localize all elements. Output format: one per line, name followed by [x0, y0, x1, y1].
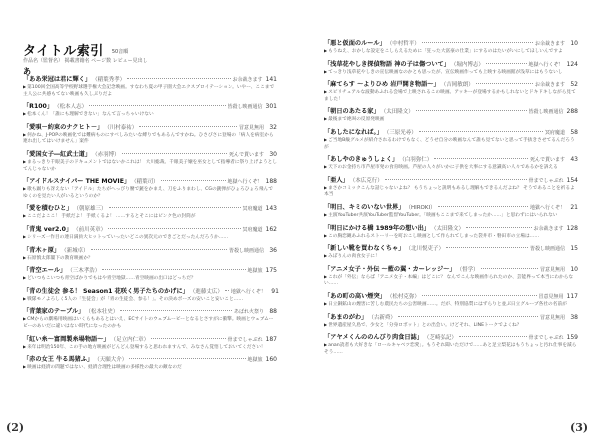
leader-dots — [139, 126, 237, 127]
review-headline: これが「外伝」ならば「アニメ女子・本編」はどこに？ なんでこんな映画作られたのか… — [324, 274, 578, 288]
leader-dots — [385, 179, 527, 180]
book-name: 冒意見無用 — [239, 124, 264, 132]
leader-dots — [225, 290, 229, 291]
director-name: （太田隆文） — [381, 108, 414, 116]
review-headline: 戦隊モノよろしく5人の「生徒会」が「青の生徒会、参る！」。その決めポーズの安いこ… — [23, 296, 277, 304]
page-ref: 43 — [568, 156, 578, 164]
leader-dots — [122, 153, 227, 154]
index-entry: 「亜人」（本広克行）骨までしゃぶれ154まさかコミックこんな話じゃないよね？ も… — [324, 177, 578, 199]
page-ref: 15 — [568, 245, 578, 253]
director-name: （赤羽博） — [92, 151, 120, 159]
book-name: 骨までしゃぶれ — [529, 177, 564, 185]
index-entry: 「あまのがわ」（古新舜）冒意見無用38世界遺産屋久島で、少女と「分身ロボット」と… — [324, 314, 578, 330]
director-name: （進藤丈広） — [190, 288, 223, 296]
entry-header: 「愛国女子―紅武士道」（赤羽博）死んで貰います30 — [23, 151, 277, 159]
page-ref: 160 — [266, 356, 277, 364]
entry-header: 「亜人」（本広克行）骨までしゃぶれ154 — [324, 177, 578, 185]
index-entry: 「青の生徒会 参る！ Season1 花咲く男子たちのかげに」（進藤丈広）地獄へ… — [23, 288, 277, 304]
leader-dots — [416, 110, 527, 111]
director-name: （北川悦吏子） — [405, 245, 444, 253]
page-ref: 58 — [568, 129, 578, 137]
book-name: 地獄旅 — [248, 267, 263, 275]
page-ref: 128 — [567, 225, 578, 233]
director-name: （稲葉司） — [131, 178, 159, 186]
film-title: 「紅い糸～富岡製糸場物語～」 — [23, 336, 110, 344]
leader-dots — [476, 83, 533, 84]
entry-header: 「明日にかける橋 1989年の想い出」（太田隆文）お余裁きます128 — [324, 225, 578, 233]
director-name: （HIROKI） — [405, 204, 435, 212]
title-index-list: 「ああ栄冠は君に輝く」（稲葉秀孝）お余裁きます141第100回全国高等学校野球選… — [23, 76, 277, 377]
page-ref: 301 — [266, 103, 277, 111]
leader-dots — [434, 158, 528, 159]
entry-header: 「紅い糸～富岡製糸場物語～」（足立内仁章）骨までしゃぶれ187 — [23, 336, 277, 344]
page-ref: 288 — [567, 108, 578, 116]
book-name: 冥府魔道 — [545, 129, 565, 137]
review-headline: ご当地B級グルメが紹介されるわけでもなく、どうせ自分の映画なんて誰も見てないと思… — [324, 137, 578, 151]
index-entry: 「R100」（松本人志）皆殺し映画通信301松本くん！「誰にも理解できない」なん… — [23, 103, 277, 119]
index-entry: 「愛唄－約束のナクヒト－」（川村泰祐）冒意見無用32何かね、J-POPの映画化で… — [23, 124, 277, 146]
director-name: （本広克行） — [350, 177, 383, 185]
page-ref: 188 — [266, 178, 277, 186]
review-headline: 世界遺産屋久島で、少女と「分身ロボット」との出会い。けどそれ、LINEトークでよ… — [324, 322, 578, 330]
book-name: 皆殺し映画通信 — [529, 108, 564, 116]
director-name: （堀内博志） — [451, 61, 484, 69]
book-name: 地獄へ行くぞ！ — [228, 178, 263, 186]
book-name: 骨までしゃぶれ — [228, 336, 263, 344]
film-title: 「麻てらす ～よりひめ 岩戸開き物語～」 — [324, 81, 440, 89]
leader-dots — [129, 358, 245, 359]
film-title: 「亜人」 — [324, 177, 349, 185]
director-name: （芝崎弘記） — [424, 334, 457, 342]
film-title: 「ああ栄冠は君に輝く」 — [23, 76, 91, 84]
book-name: 皆殺し映画通信 — [229, 247, 264, 255]
review-headline: 来年は明治150年、この手の地方映画がどんどん登場すると思われますんで、みなさん… — [23, 344, 277, 352]
leader-dots — [422, 295, 537, 296]
leader-dots — [127, 78, 230, 79]
film-title: 「アヤメくんののんびり肉食日誌」 — [324, 334, 423, 342]
film-title: 「青鬼 ver2.0」 — [23, 226, 72, 234]
title-index-list: 「悪と仮面のルール」（中村哲平）お余裁きます10もうねえ、おかしな設定をこしらえ… — [324, 40, 578, 361]
film-title: 「愛国女子―紅武士道」 — [23, 151, 91, 159]
index-entry: 「麻てらす ～よりひめ 岩戸開き物語～」（吉岡敏朗）お余裁きます52スピリチュア… — [324, 81, 578, 103]
leader-dots — [151, 338, 225, 339]
index-entry: 「アイドルスナイパー THE MOVIE」（稲葉司）地獄へ行くぞ！188歌も踊り… — [23, 178, 277, 200]
entry-header: 「アヤメくんののんびり肉食日誌」（芝崎弘記）骨までしゃぶれ159 — [324, 334, 578, 342]
film-title: 「明日、キミのいない世界」 — [324, 204, 404, 212]
format-legend: 作品名（監督名） 掲載書籍名 ページ数 レビュー見出し — [23, 57, 148, 64]
page-ref: 124 — [567, 61, 578, 69]
review-headline: 日立銅鉱山の煙害に苦しむ農民たちの公害映画……。だが、特別協賛にはずらりと並ぶ日… — [324, 301, 578, 309]
entry-header: 「あの町の高い煙突」（松村克弥）冒意見無用117 — [324, 293, 578, 301]
film-title: 「悪と仮面のルール」 — [324, 40, 386, 48]
leader-dots — [438, 206, 528, 207]
index-entry: 「アヤメくんののんびり肉食日誌」（芝崎弘記）骨までしゃぶれ159anan読者も大… — [324, 334, 578, 356]
review-headline: 松本くん！「誰にも理解できない」なんて言っちゃいけない — [23, 111, 277, 119]
film-title: 「アニメ女子・外伝 ～藍の翼・カーレッジ～」 — [324, 266, 456, 274]
director-name: （天願大介） — [94, 356, 127, 364]
review-headline: てっきり浅草花やしきの宣伝映画なのかとも思ったが、宣伝映画作っても上映する映画館… — [324, 69, 578, 77]
book-name: 地獄へ行くぞ！ — [530, 204, 565, 212]
entry-header: 「アニメ女子・外伝 ～藍の翼・カーレッジ～」（督学）冒意見無用10 — [324, 266, 578, 274]
entry-header: 「麻てらす ～よりひめ 岩戸開き物語～」（吉岡敏朗）お余裁きます52 — [324, 81, 578, 89]
book-name: お余裁きます — [534, 225, 564, 233]
film-title: 「赤の女王 牛る馬猪ふ」 — [23, 356, 93, 364]
entry-header: 「あまのがわ」（古新舜）冒意見無用38 — [324, 314, 578, 322]
film-title: 「青空エール」 — [23, 267, 66, 275]
entry-header: 「アイドルスナイパー THE MOVIE」（稲葉司）地獄へ行くぞ！188 — [23, 178, 277, 186]
director-name: （朝原雄三） — [74, 205, 107, 213]
page-ref: 10 — [568, 266, 578, 274]
director-name: （督学） — [457, 266, 479, 274]
review-headline: 何かね、J-POPの映画化では難病ものにすべしみたいな縛りでもあるんですかね。ひ… — [23, 132, 277, 146]
page-ref: 143 — [266, 205, 277, 213]
leader-dots — [419, 131, 543, 132]
review-headline: 天下のお金持ち市芦屋市発の食育映画。芦屋の人々がいかに子供を大事にする意識高い人… — [324, 164, 578, 172]
book-name: 皆殺し映画通信 — [228, 103, 263, 111]
film-title: 「アイドルスナイパー THE MOVIE」 — [23, 178, 130, 186]
page-ref: 187 — [266, 336, 277, 344]
leader-dots — [108, 228, 240, 229]
index-entry: 「あしやのきゅうしょく」（白羽弥仁）死んで貰います43天下のお金持ち市芦屋市発の… — [324, 156, 578, 172]
leader-dots — [109, 207, 241, 208]
index-entry: 「明日にかける橋 1989年の想い出」（太田隆文）お余裁きます128この胸恋観あ… — [324, 225, 578, 241]
entry-header: 「R100」（松本人志）皆殺し映画通信301 — [23, 103, 277, 111]
page-ref: 21 — [568, 204, 578, 212]
director-name: （吉岡敏朗） — [441, 81, 474, 89]
book-name: 地獄旅 — [248, 356, 263, 364]
director-name: （松本壮史） — [85, 308, 118, 316]
entry-header: 「悪と仮面のルール」（中村哲平）お余裁きます10 — [324, 40, 578, 48]
book-name: 冥府魔道 — [243, 205, 263, 213]
page-ref: 162 — [266, 226, 277, 234]
director-name: （三木孝浩） — [67, 267, 100, 275]
director-name: （中村哲平） — [387, 40, 420, 48]
index-entry: 「新しい靴を買わなくちゃ」（北川悦吏子）皆殺し映画通信15みぽりんの肉食女子に！ — [324, 245, 578, 261]
entry-header: 「新しい靴を買わなくちゃ」（北川悦吏子）皆殺し映画通信15 — [324, 245, 578, 253]
left-page: タイトル索引 50音順 作品名（監督名） 掲載書籍名 ページ数 レビュー見出し … — [0, 0, 300, 442]
review-headline: CMからの劇場用映画はいくらもあるとはいえ、ECサイトのウェブムービーとなるとさ… — [23, 316, 277, 330]
review-headline: ここだよここ！ 手紙だよ！ 手紙くるよ！ ……するとそこにはピンク色の封筒が — [23, 213, 277, 221]
entry-header: 「明日、キミのいない世界」（HIROKI）地獄へ行くぞ！21 — [324, 204, 578, 212]
book-name: お余裁きます — [535, 40, 565, 48]
entry-header: 「青木ヶ原」（新城卓）皆殺し映画通信36 — [23, 247, 277, 255]
entry-header: 「あしやのきゅうしょく」（白羽弥仁）死んで貰います43 — [324, 156, 578, 164]
book-name: 地獄へ行くぞ！ — [529, 61, 564, 69]
book-name: 冥府魔道 — [243, 226, 263, 234]
index-entry: 「あしたになれば。」（三原光尋）冥府魔道58ご当地B級グルメが紹介されるわけでも… — [324, 129, 578, 151]
right-page: 「悪と仮面のルール」（中村哲平）お余裁きます10もうねえ、おかしな設定をこしらえ… — [300, 0, 600, 442]
film-title: 「あまのがわ」 — [324, 314, 367, 322]
film-title: 「新しい靴を買わなくちゃ」 — [324, 245, 404, 253]
film-title: 「愛唄－約束のナクヒト－」 — [23, 124, 103, 132]
page-ref: 10 — [568, 40, 578, 48]
review-headline: どいつもこいつも青空ばかりでもはや青空地獄……青空映画の出口はどっちだ？ — [23, 275, 277, 283]
director-name: （三原光尋） — [384, 129, 417, 137]
review-headline: anan読者も大好きな「ロールキャベツ恋愛」。もうそれ聞いただけで……あと足立梨… — [324, 342, 578, 356]
page-ref: 88 — [267, 308, 277, 316]
index-entry: 「明日、キミのいない世界」（HIROKI）地獄へ行くぞ！21主演YouTuber… — [324, 204, 578, 220]
entry-header: 「ああ栄冠は君に輝く」（稲葉秀孝）お余裁きます141 — [23, 76, 277, 84]
book-name: 冒意見無用 — [540, 266, 565, 274]
page-subtitle: 50音順 — [112, 49, 128, 55]
page-number: (2) — [6, 421, 24, 434]
page-ref: 117 — [567, 293, 578, 301]
review-headline: この胸恋観あふれるストーリーを町おこし映画として作られてしまった袋井市・磐田市の… — [324, 233, 578, 241]
film-title: 「浅草花やしき探偵物語 神の子は傷ついて」 — [324, 61, 450, 69]
leader-dots — [161, 180, 226, 181]
review-headline: シリーズ一作目の連日満員大ヒットっていったいどこの異次元のできごとだったんだろう… — [23, 234, 277, 242]
review-headline: スピリチュアルな波動あふれる会場で上映されるこの映画。アッキーが登場するかもしれ… — [324, 89, 578, 103]
leader-dots — [102, 269, 245, 270]
entry-header: 「あしたになれば。」（三原光尋）冥府魔道58 — [324, 129, 578, 137]
book-name: 地獄へ行くぞ！ — [231, 288, 266, 296]
leader-dots — [89, 105, 225, 106]
film-title: 「愛を積むひと」 — [23, 205, 73, 213]
page-ref: 154 — [567, 177, 578, 185]
director-name: （新城卓） — [61, 247, 89, 255]
entry-header: 「赤の女王 牛る馬猪ふ」（天願大介）地獄旅160 — [23, 356, 277, 364]
entry-header: 「愛唄－約束のナクヒト－」（川村泰祐）冒意見無用32 — [23, 124, 277, 132]
index-entry: 「青空エール」（三木孝浩）地獄旅175どいつもこいつも青空ばかりでもはや青空地獄… — [23, 267, 277, 283]
film-title: 「R100」 — [23, 103, 53, 111]
review-headline: みぽりんの肉食女子に！ — [324, 253, 578, 261]
review-headline: 石原慎太郎閣下の教育映画か？ — [23, 255, 277, 263]
review-headline: 映画は経済の問題ではない、経済合理性は映画の多様性の最大の敵なのだ — [23, 364, 277, 372]
director-name: （足立内仁章） — [111, 336, 150, 344]
director-name: （古新舜） — [368, 314, 396, 322]
director-name: （松村克弥） — [387, 293, 420, 301]
entry-header: 「青の生徒会 参る！ Season1 花咲く男子たちのかげに」（進藤丈広）地獄へ… — [23, 288, 277, 296]
review-headline: まさかコミックこんな話じゃないよね？ もうちょっと説明もあるし理解もできるんだよ… — [324, 185, 578, 199]
entry-header: 「青空エール」（三木孝浩）地獄旅175 — [23, 267, 277, 275]
review-headline: まるっきり千眼美子のドキュメントではないかこれは！ 大川総裁、千眼美子嬢を巫女と… — [23, 159, 277, 173]
index-entry: 「アニメ女子・外伝 ～藍の翼・カーレッジ～」（督学）冒意見無用10これが「外伝」… — [324, 266, 578, 288]
index-entry: 「悪と仮面のルール」（中村哲平）お余裁きます10もうねえ、おかしな設定をこしらえ… — [324, 40, 578, 56]
leader-dots — [481, 268, 538, 269]
index-entry: 「浅草花やしき探偵物語 神の子は傷ついて」（堀内博志）地獄へ行くぞ！124てっき… — [324, 61, 578, 77]
leader-dots — [398, 316, 538, 317]
page-ref: 32 — [267, 124, 277, 132]
entry-header: 「愛を積むひと」（朝原雄三）冥府魔道143 — [23, 205, 277, 213]
book-name: 冒意見無用 — [540, 314, 565, 322]
director-name: （稲葉秀孝） — [92, 76, 125, 84]
leader-dots — [466, 227, 532, 228]
entry-header: 「朝日のあたる家」（太田隆文）皆殺し映画通信288 — [324, 108, 578, 116]
page-ref: 52 — [568, 81, 578, 89]
film-title: 「青木ヶ原」 — [23, 247, 60, 255]
index-entry: 「青木ヶ原」（新城卓）皆殺し映画通信36石原慎太郎閣下の教育映画か？ — [23, 247, 277, 263]
leader-dots — [459, 336, 527, 337]
index-entry: 「赤の女王 牛る馬猪ふ」（天願大介）地獄旅160映画は経済の問題ではない、経済合… — [23, 356, 277, 372]
book-name: あばれ火祭り — [234, 308, 264, 316]
book-name: 死んで貰います — [530, 156, 565, 164]
leader-dots — [91, 249, 227, 250]
film-title: 「あしたになれば。」 — [324, 129, 383, 137]
index-entry: 「あの町の高い煙突」（松村克弥）冒意見無用117日立銅鉱山の煙害に苦しむ農民たち… — [324, 293, 578, 309]
page-ref: 38 — [568, 314, 578, 322]
index-entry: 「ああ栄冠は君に輝く」（稲葉秀孝）お余裁きます141第100回全国高等学校野球選… — [23, 76, 277, 98]
page-ref: 159 — [567, 334, 578, 342]
director-name: （太田隆文） — [431, 225, 464, 233]
director-name: （松本人志） — [54, 103, 87, 111]
page-ref: 175 — [266, 267, 277, 275]
book-name: 骨までしゃぶれ — [529, 334, 564, 342]
review-headline: 歌も踊りも冴えない「アイドル」たちがへっぴり腰で銃をかまえ、刀をふりまわし、CG… — [23, 186, 277, 200]
page-number: (3) — [570, 421, 588, 434]
book-name: お余裁きます — [233, 76, 263, 84]
review-headline: 第100回全国高等学校野球選手権大会記念映画。すなわち夏の甲子園大会エクスプロイ… — [23, 84, 277, 98]
review-headline: もうねえ、おかしな設定をこしらえるために「狂った大富豪の仕業」にするのはたいがい… — [324, 48, 578, 56]
page-ref: 30 — [267, 151, 277, 159]
review-headline: 最後まで絶叫の反原発映画 — [324, 116, 578, 124]
entry-header: 「浅草花やしき探偵物語 神の子は傷ついて」（堀内博志）地獄へ行くぞ！124 — [324, 61, 578, 69]
film-title: 「あの町の高い煙突」 — [324, 293, 386, 301]
book-name: 皆殺し映画通信 — [530, 245, 565, 253]
film-title: 「青の生徒会 参る！ Season1 花咲く男子たちのかげに」 — [23, 288, 189, 296]
book-name: 冒意見無用 — [539, 293, 564, 301]
film-title: 「あしやのきゅうしょく」 — [324, 156, 398, 164]
index-entry: 「朝日のあたる家」（太田隆文）皆殺し映画通信288最後まで絶叫の反原発映画 — [324, 108, 578, 124]
leader-dots — [422, 42, 533, 43]
index-entry: 「青葉家のテーブル」（松本壮史）あばれ火祭り88CMからの劇場用映画はいくらもあ… — [23, 308, 277, 330]
leader-dots — [120, 310, 232, 311]
page-ref: 36 — [267, 247, 277, 255]
leader-dots — [446, 247, 528, 248]
book-name: 死んで貰います — [229, 151, 264, 159]
entry-header: 「青鬼 ver2.0」（前川英章）冥府魔道162 — [23, 226, 277, 234]
film-title: 「朝日のあたる家」 — [324, 108, 380, 116]
director-name: （前川英章） — [73, 226, 106, 234]
page-ref: 141 — [266, 76, 277, 84]
book-name: お余裁きます — [535, 81, 565, 89]
review-headline: 主演YouTuber共演YouTuber監督YouTuber。「映画もここまで来… — [324, 212, 578, 220]
index-entry: 「青鬼 ver2.0」（前川英章）冥府魔道162シリーズ一作目の連日満員大ヒット… — [23, 226, 277, 242]
film-title: 「明日にかける橋 1989年の想い出」 — [324, 225, 430, 233]
index-entry: 「愛を積むひと」（朝原雄三）冥府魔道143ここだよここ！ 手紙だよ！ 手紙くるよ… — [23, 205, 277, 221]
director-name: （白羽弥仁） — [399, 156, 432, 164]
page-ref: 91 — [269, 288, 279, 296]
director-name: （川村泰祐） — [104, 124, 137, 132]
film-title: 「青葉家のテーブル」 — [23, 308, 84, 316]
index-entry: 「愛国女子―紅武士道」（赤羽博）死んで貰います30まるっきり千眼美子のドキュメン… — [23, 151, 277, 173]
index-entry: 「紅い糸～富岡製糸場物語～」（足立内仁章）骨までしゃぶれ187来年は明治150年… — [23, 336, 277, 352]
leader-dots — [486, 63, 527, 64]
entry-header: 「青葉家のテーブル」（松本壮史）あばれ火祭り88 — [23, 308, 277, 316]
